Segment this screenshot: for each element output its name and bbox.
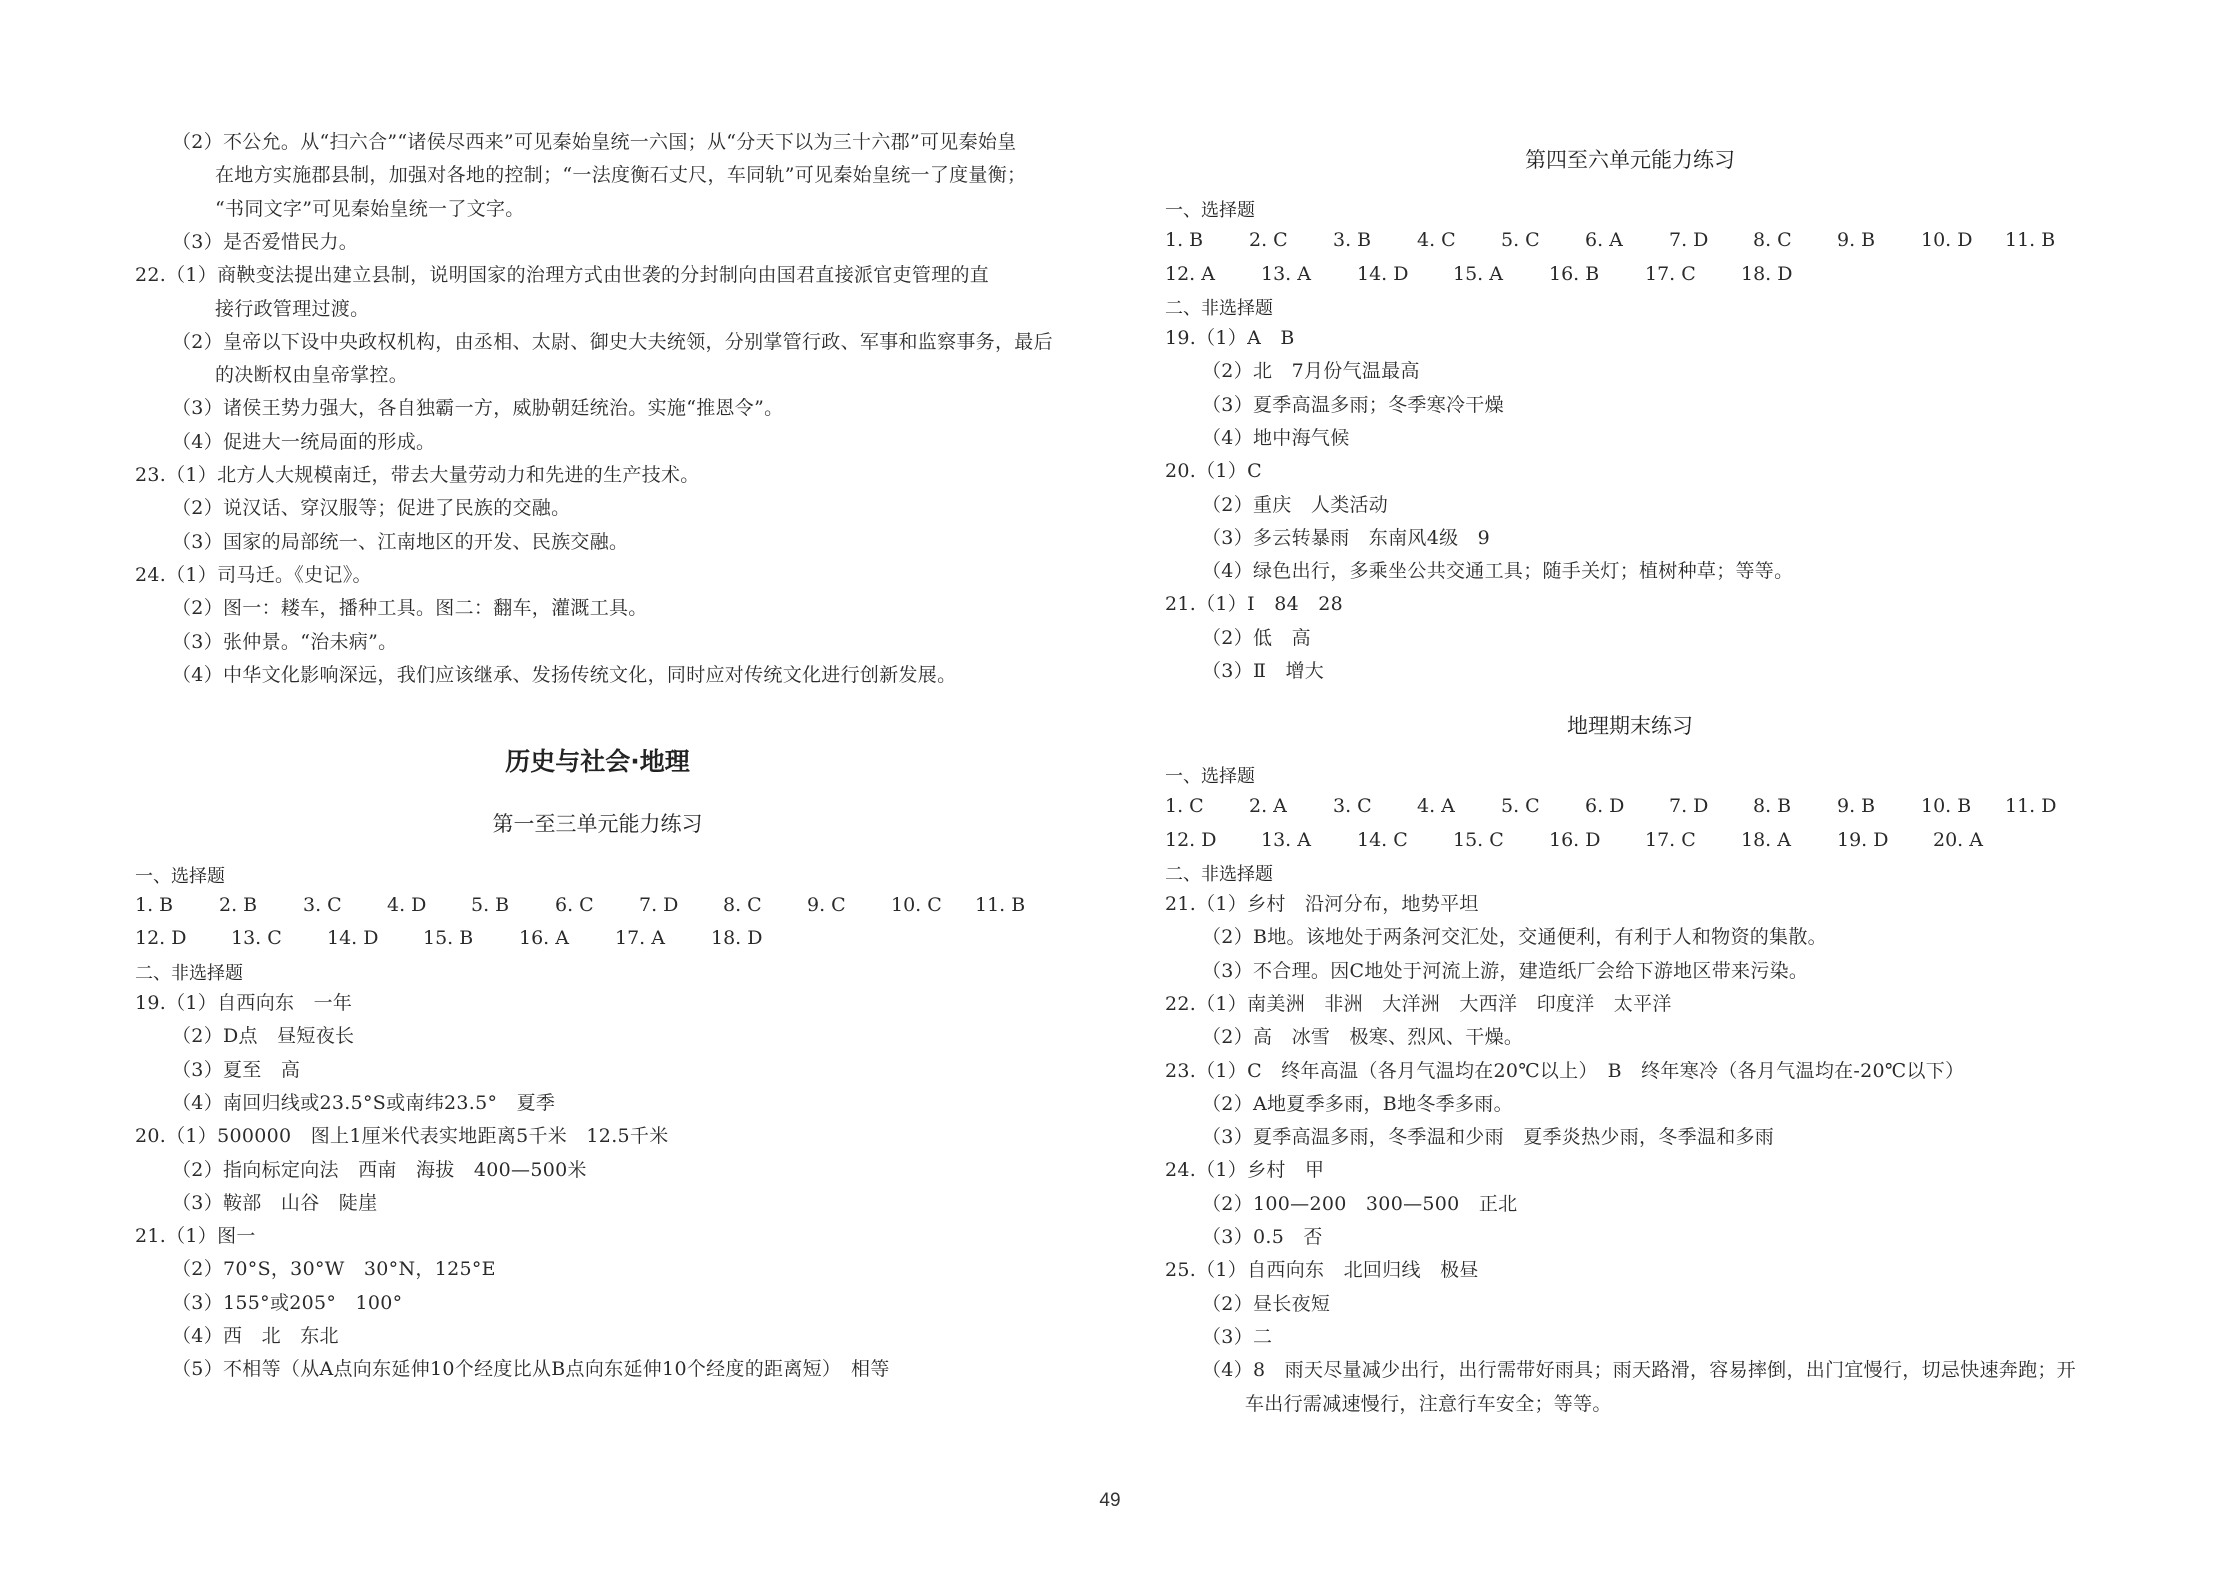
choice-answer: 1. C bbox=[1165, 794, 1204, 818]
answer-line: （2）低 高 bbox=[1202, 626, 1311, 650]
choice-answer: 9. C bbox=[807, 893, 846, 917]
choice-answer: 10. D bbox=[1921, 228, 1973, 252]
answer-line: （4）促进大一统局面的形成。 bbox=[172, 430, 435, 454]
answer-line: 22.（1）商鞅变法提出建立县制，说明国家的治理方式由世袭的分封制向由国君直接派… bbox=[135, 263, 989, 287]
choice-answer: 5. C bbox=[1501, 228, 1540, 252]
answer-line: 19.（1）自西向东 一年 bbox=[135, 991, 352, 1015]
choice-answer: 4. A bbox=[1417, 794, 1455, 818]
answer-line: （3）国家的局部统一、江南地区的开发、民族交融。 bbox=[172, 530, 628, 554]
choice-answer: 8. B bbox=[1753, 794, 1791, 818]
choice-answer: 5. B bbox=[471, 893, 509, 917]
answer-line: （3）是否爱惜民力。 bbox=[172, 230, 358, 254]
answer-line: （2）D点 昼短夜长 bbox=[172, 1024, 354, 1048]
answer-line: （2）皇帝以下设中央政权机构，由丞相、太尉、御史大夫统领，分别掌管行政、军事和监… bbox=[172, 330, 1053, 354]
choice-answer: 2. A bbox=[1249, 794, 1287, 818]
answer-line: 接行政管理过渡。 bbox=[215, 297, 369, 321]
choice-answer: 15. B bbox=[423, 926, 473, 950]
choice-answer: 3. C bbox=[303, 893, 342, 917]
choice-answer: 20. A bbox=[1933, 828, 1983, 852]
choice-answer: 12. A bbox=[1165, 262, 1215, 286]
choice-answer: 9. B bbox=[1837, 228, 1875, 252]
answer-line: （3）夏季高温多雨；冬季寒冷干燥 bbox=[1202, 393, 1504, 417]
answer-line: （3）155°或205° 100° bbox=[172, 1291, 402, 1315]
choice-answer: 11. B bbox=[975, 893, 1025, 917]
choice-answer: 12. D bbox=[1165, 828, 1217, 852]
choice-answer: 6. C bbox=[555, 893, 594, 917]
choice-answer: 11. B bbox=[2005, 228, 2055, 252]
answer-line: （2）指向标定向法 西南 海拔 400—500米 bbox=[172, 1158, 587, 1182]
answer-line: 21.（1）图一 bbox=[135, 1224, 256, 1248]
answer-line: 24.（1）司马迁。《史记》。 bbox=[135, 563, 372, 587]
choice-answer: 13. C bbox=[231, 926, 282, 950]
answer-line: （3）夏季高温多雨，冬季温和少雨 夏季炎热少雨，冬季温和多雨 bbox=[1202, 1125, 1774, 1149]
section-nonchoice-heading-2: 二、非选择题 bbox=[1165, 860, 1273, 886]
choice-answer: 8. C bbox=[723, 893, 762, 917]
answer-line: （3）诸侯王势力强大，各自独霸一方，威胁朝廷统治。实施“推恩令”。 bbox=[172, 396, 783, 420]
choice-answer: 14. D bbox=[1357, 262, 1409, 286]
answer-line: （2）图一：耧车，播种工具。图二：翻车，灌溉工具。 bbox=[172, 596, 648, 620]
choice-answer: 16. D bbox=[1549, 828, 1601, 852]
answer-line: （2）B地。该地处于两条河交汇处，交通便利，有利于人和物资的集散。 bbox=[1202, 925, 1827, 949]
answer-line: （2）高 冰雪 极寒、烈风、干燥。 bbox=[1202, 1025, 1523, 1049]
answer-line: 21.（1）Ⅰ 84 28 bbox=[1165, 592, 1343, 616]
answer-line: （2）重庆 人类活动 bbox=[1202, 493, 1388, 517]
answer-line: （3）夏至 高 bbox=[172, 1058, 300, 1082]
answer-line: （2）100—200 300—500 正北 bbox=[1202, 1192, 1517, 1216]
choice-answer: 13. A bbox=[1261, 262, 1311, 286]
choice-answer: 4. C bbox=[1417, 228, 1456, 252]
choice-answer: 18. D bbox=[1741, 262, 1793, 286]
answer-line: 23.（1）C 终年高温（各月气温均在20℃以上） B 终年寒冷（各月气温均在-… bbox=[1165, 1059, 1964, 1083]
section-nonchoice-heading: 二、非选择题 bbox=[135, 959, 243, 985]
answer-line: 车出行需减速慢行，注意行车安全；等等。 bbox=[1245, 1392, 1612, 1416]
choice-answer: 17. C bbox=[1645, 262, 1696, 286]
answer-line: 19.（1）A B bbox=[1165, 326, 1295, 350]
choice-answer: 15. C bbox=[1453, 828, 1504, 852]
answer-line: （2）北 7月份气温最高 bbox=[1202, 359, 1420, 383]
answer-line: （2）70°S，30°W 30°N，125°E bbox=[172, 1257, 496, 1281]
choice-answer: 17. A bbox=[615, 926, 665, 950]
choice-answer: 4. D bbox=[387, 893, 426, 917]
answer-line: 23.（1）北方人大规模南迁，带去大量劳动力和先进的生产技术。 bbox=[135, 463, 700, 487]
choice-answer: 18. D bbox=[711, 926, 763, 950]
choice-answer: 3. B bbox=[1333, 228, 1371, 252]
answer-line: （4）8 雨天尽量减少出行，出行需带好雨具；雨天路滑，容易摔倒，出门宜慢行，切忌… bbox=[1202, 1358, 2076, 1382]
choice-answer: 2. B bbox=[219, 893, 257, 917]
part-title: 历史与社会·地理 bbox=[135, 742, 1060, 778]
choice-answer: 6. A bbox=[1585, 228, 1623, 252]
section-choice-heading-2: 一、选择题 bbox=[1165, 762, 1255, 788]
choice-answer: 9. B bbox=[1837, 794, 1875, 818]
section-choice-heading-1: 一、选择题 bbox=[1165, 196, 1255, 222]
page-number: 49 bbox=[0, 1490, 2220, 1512]
choice-answer: 7. D bbox=[1669, 228, 1708, 252]
answer-line: （2）不公允。从“扫六合”“诸侯尽西来”可见秦始皇统一六国；从“分天下以为三十六… bbox=[172, 130, 1016, 154]
answer-line: （4）中华文化影响深远，我们应该继承、发扬传统文化，同时应对传统文化进行创新发展… bbox=[172, 663, 956, 687]
answer-line: （3）鞍部 山谷 陡崖 bbox=[172, 1191, 377, 1215]
section-choice-heading: 一、选择题 bbox=[135, 862, 225, 888]
answer-line: 22.（1）南美洲 非洲 大洋洲 大西洋 印度洋 太平洋 bbox=[1165, 992, 1672, 1016]
choice-answer: 19. D bbox=[1837, 828, 1889, 852]
unit-title-final: 地理期末练习 bbox=[1165, 710, 2095, 740]
section-nonchoice-heading-1: 二、非选择题 bbox=[1165, 294, 1273, 320]
unit-title-1-3: 第一至三单元能力练习 bbox=[135, 808, 1060, 838]
choice-answer: 12. D bbox=[135, 926, 187, 950]
choice-answer: 10. B bbox=[1921, 794, 1971, 818]
answer-line: 在地方实施郡县制，加强对各地的控制；“一法度衡石丈尺，车同轨”可见秦始皇统一了度… bbox=[215, 163, 1026, 187]
choice-answer: 8. C bbox=[1753, 228, 1792, 252]
answer-line: 20.（1）500000 图上1厘米代表实地距离5千米 12.5千米 bbox=[135, 1124, 669, 1148]
answer-line: （2）A地夏季多雨，B地冬季多雨。 bbox=[1202, 1092, 1513, 1116]
choice-answer: 18. A bbox=[1741, 828, 1791, 852]
answer-line: （4）绿色出行，多乘坐公共交通工具；随手关灯；植树种草；等等。 bbox=[1202, 559, 1793, 583]
choice-answer: 11. D bbox=[2005, 794, 2057, 818]
answer-line: （5）不相等（从A点向东延伸10个经度比从B点向东延伸10个经度的距离短） 相等 bbox=[172, 1357, 890, 1381]
choice-answer: 13. A bbox=[1261, 828, 1311, 852]
choice-answer: 14. D bbox=[327, 926, 379, 950]
unit-title-4-6: 第四至六单元能力练习 bbox=[1165, 144, 2095, 174]
answer-line: （3）二 bbox=[1202, 1325, 1272, 1349]
answer-line: （4）南回归线或23.5°S或南纬23.5° 夏季 bbox=[172, 1091, 555, 1115]
choice-answer: 17. C bbox=[1645, 828, 1696, 852]
answer-line: （4）地中海气候 bbox=[1202, 426, 1350, 450]
answer-line: （3）不合理。因C地处于河流上游，建造纸厂会给下游地区带来污染。 bbox=[1202, 959, 1808, 983]
choice-answer: 15. A bbox=[1453, 262, 1503, 286]
choice-answer: 6. D bbox=[1585, 794, 1624, 818]
answer-line: （4）西 北 东北 bbox=[172, 1324, 339, 1348]
choice-answer: 1. B bbox=[135, 893, 173, 917]
choice-answer: 3. C bbox=[1333, 794, 1372, 818]
answer-line: 24.（1）乡村 甲 bbox=[1165, 1158, 1324, 1182]
choice-answer: 2. C bbox=[1249, 228, 1288, 252]
answer-line: 20.（1）C bbox=[1165, 459, 1262, 483]
choice-answer: 10. C bbox=[891, 893, 942, 917]
answer-line: 25.（1）自西向东 北回归线 极昼 bbox=[1165, 1258, 1479, 1282]
answer-line: （3）多云转暴雨 东南风4级 9 bbox=[1202, 526, 1490, 550]
answer-line: “书同文字”可见秦始皇统一了文字。 bbox=[215, 197, 525, 221]
choice-answer: 14. C bbox=[1357, 828, 1408, 852]
answer-line: （3）0.5 否 bbox=[1202, 1225, 1323, 1249]
answer-line: （2）昼长夜短 bbox=[1202, 1292, 1330, 1316]
answer-line: 21.（1）乡村 沿河分布，地势平坦 bbox=[1165, 892, 1479, 916]
choice-answer: 7. D bbox=[639, 893, 678, 917]
answer-line: （3）Ⅱ 增大 bbox=[1202, 659, 1324, 683]
choice-answer: 16. A bbox=[519, 926, 569, 950]
answer-line: （2）说汉话、穿汉服等；促进了民族的交融。 bbox=[172, 496, 570, 520]
choice-answer: 7. D bbox=[1669, 794, 1708, 818]
choice-answer: 5. C bbox=[1501, 794, 1540, 818]
choice-answer: 16. B bbox=[1549, 262, 1599, 286]
answer-line: 的决断权由皇帝掌控。 bbox=[215, 363, 408, 387]
choice-answer: 1. B bbox=[1165, 228, 1203, 252]
answer-line: （3）张仲景。“治未病”。 bbox=[172, 630, 397, 654]
